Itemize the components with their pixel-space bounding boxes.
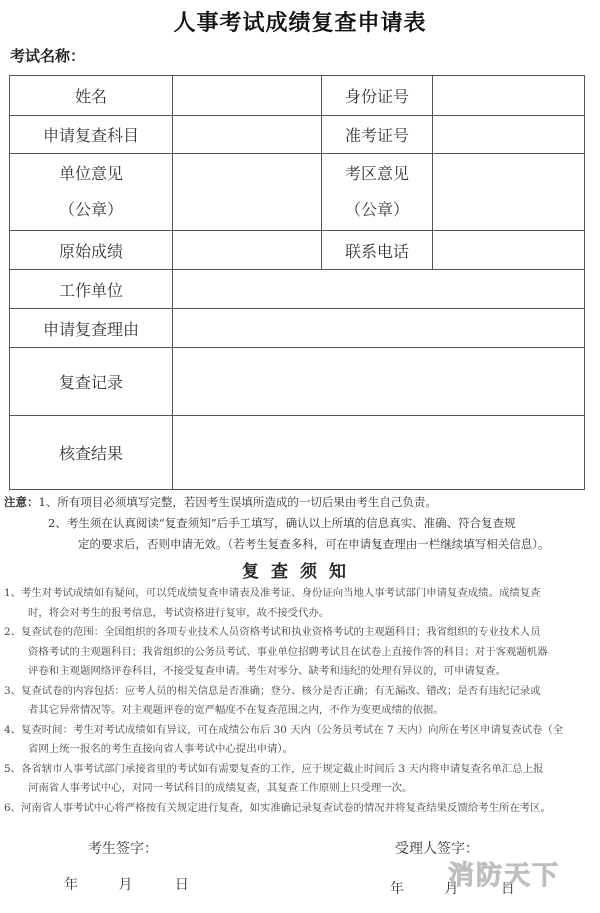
notice-section: 1、考生对考试成绩如有疑问，可以凭成绩复查申请表及准考证、身份证向当地人事考试部… (4, 584, 600, 818)
field-phone[interactable] (433, 231, 585, 270)
field-unit-opinion[interactable] (173, 154, 322, 231)
field-original-score[interactable] (173, 231, 322, 270)
form-row-opinions: 单位意见 （公章） 考区意见 （公章） (10, 154, 585, 231)
notice-item-2-cont: 评卷和主观题网络评卷科目，不接受复查申请。考生对零分、缺考和违纪的处理有异议的，… (4, 662, 600, 682)
label-admission-number: 准考证号 (322, 116, 433, 154)
notice-item-3-cont: 者其它异常情况等。对主观题评卷的宽严幅度不在复查范围之内，不作为变更成绩的依据。 (4, 701, 600, 721)
exam-name-label: 考试名称： (10, 45, 85, 66)
label-district-opinion-seal: （公章） (322, 192, 432, 228)
notice-item-4: 4、复查时间：考生对考试成绩如有异议，可在成绩公布后 30 天内（公务员考试在 … (4, 721, 600, 741)
label-district-opinion-text: 考区意见 (322, 156, 432, 192)
form-row-result: 核查结果 (10, 416, 585, 490)
candidate-date-month: 月 (118, 874, 132, 894)
candidate-date-year: 年 (64, 874, 78, 894)
notice-item-2-cont: 资格考试的主观题科目；我省组织的公务员考试、事业单位招聘考试且在试卷上直接作答的… (4, 643, 600, 663)
label-unit-opinion-seal: （公章） (10, 192, 172, 228)
field-name[interactable] (173, 76, 322, 116)
field-employer[interactable] (173, 270, 585, 309)
notice-item-2: 2、复查试卷的范围：全国组织的各项专业技术人员资格考试和执业资格考试的主观题科目… (4, 623, 600, 643)
field-review-record[interactable] (173, 348, 585, 416)
candidate-date: 年 月 日 (64, 874, 189, 894)
form-row-employer: 工作单位 (10, 270, 585, 309)
label-unit-opinion: 单位意见 （公章） (10, 154, 173, 231)
notes-section: 注意：1、所有项目必须填写完整，若因考生误填所造成的一切后果由考生自己负责。 2… (4, 492, 596, 555)
label-employer: 工作单位 (10, 270, 173, 309)
notice-item-6: 6、河南省人事考试中心将严格按有关规定进行复查，如实准确记录复查试卷的情况并将复… (4, 799, 600, 819)
notice-item-4-cont: 省网上统一报名的考生直接向省人事考试中心提出申请）。 (4, 740, 600, 760)
notice-item-1-cont: 时，将会对考生的报考信息，考试资格进行复审，故不接受代办。 (4, 604, 600, 624)
field-review-reason[interactable] (173, 309, 585, 348)
label-unit-opinion-text: 单位意见 (10, 156, 172, 192)
label-review-record: 复查记录 (10, 348, 173, 416)
label-phone: 联系电话 (322, 231, 433, 270)
label-check-result: 核查结果 (10, 416, 173, 490)
label-district-opinion: 考区意见 （公章） (322, 154, 433, 231)
field-review-subject[interactable] (173, 116, 322, 154)
label-review-subject: 申请复查科目 (10, 116, 173, 154)
note-item-2: 2、考生须在认真阅读“复查须知”后手工填写，确认以上所填的信息真实、准确、符合复… (4, 513, 596, 534)
form-row-score: 原始成绩 联系电话 (10, 231, 585, 270)
page-title: 人事考试成绩复查申请表 (0, 6, 600, 37)
notice-item-5: 5、各省辖市人事考试部门承接省里的考试如有需要复查的工作，应于规定截止时间后 3… (4, 760, 600, 780)
field-check-result[interactable] (173, 416, 585, 490)
label-name: 姓名 (10, 76, 173, 116)
field-id-number[interactable] (433, 76, 585, 116)
form-row-record: 复查记录 (10, 348, 585, 416)
label-original-score: 原始成绩 (10, 231, 173, 270)
form-row-subject: 申请复查科目 准考证号 (10, 116, 585, 154)
notes-heading: 注意： (4, 495, 39, 509)
field-admission-number[interactable] (433, 116, 585, 154)
notice-item-3: 3、复查试卷的内容包括：应考人员的相关信息是否准确；登分、核分是否正确；有无漏改… (4, 682, 600, 702)
receiver-date-year: 年 (390, 878, 404, 898)
candidate-date-day: 日 (175, 874, 189, 894)
form-row-name: 姓名 身份证号 (10, 76, 585, 116)
note-item-2-cont: 定的要求后，否则申请无效。（若考生复查多科，可在申请复查理由一栏继续填写相关信息… (4, 534, 596, 555)
label-id-number: 身份证号 (322, 76, 433, 116)
form-row-reason: 申请复查理由 (10, 309, 585, 348)
candidate-signature-label: 考生签字： (88, 838, 158, 858)
label-review-reason: 申请复查理由 (10, 309, 173, 348)
application-form-table: 姓名 身份证号 申请复查科目 准考证号 单位意见 （公章） 考区意见 （公章） … (9, 75, 585, 490)
notice-title: 复查须知 (0, 557, 600, 582)
notice-item-1: 1、考生对考试成绩如有疑问，可以凭成绩复查申请表及准考证、身份证向当地人事考试部… (4, 584, 600, 604)
field-district-opinion[interactable] (433, 154, 585, 231)
notice-item-5-cont: 河南省人事考试中心，对同一考试科目的成绩复查，其复查工作原则上只受理一次。 (4, 779, 600, 799)
note-item-1: 注意：1、所有项目必须填写完整，若因考生误填所造成的一切后果由考生自己负责。 (4, 492, 596, 513)
watermark-logo: 消防天下 (448, 855, 560, 892)
